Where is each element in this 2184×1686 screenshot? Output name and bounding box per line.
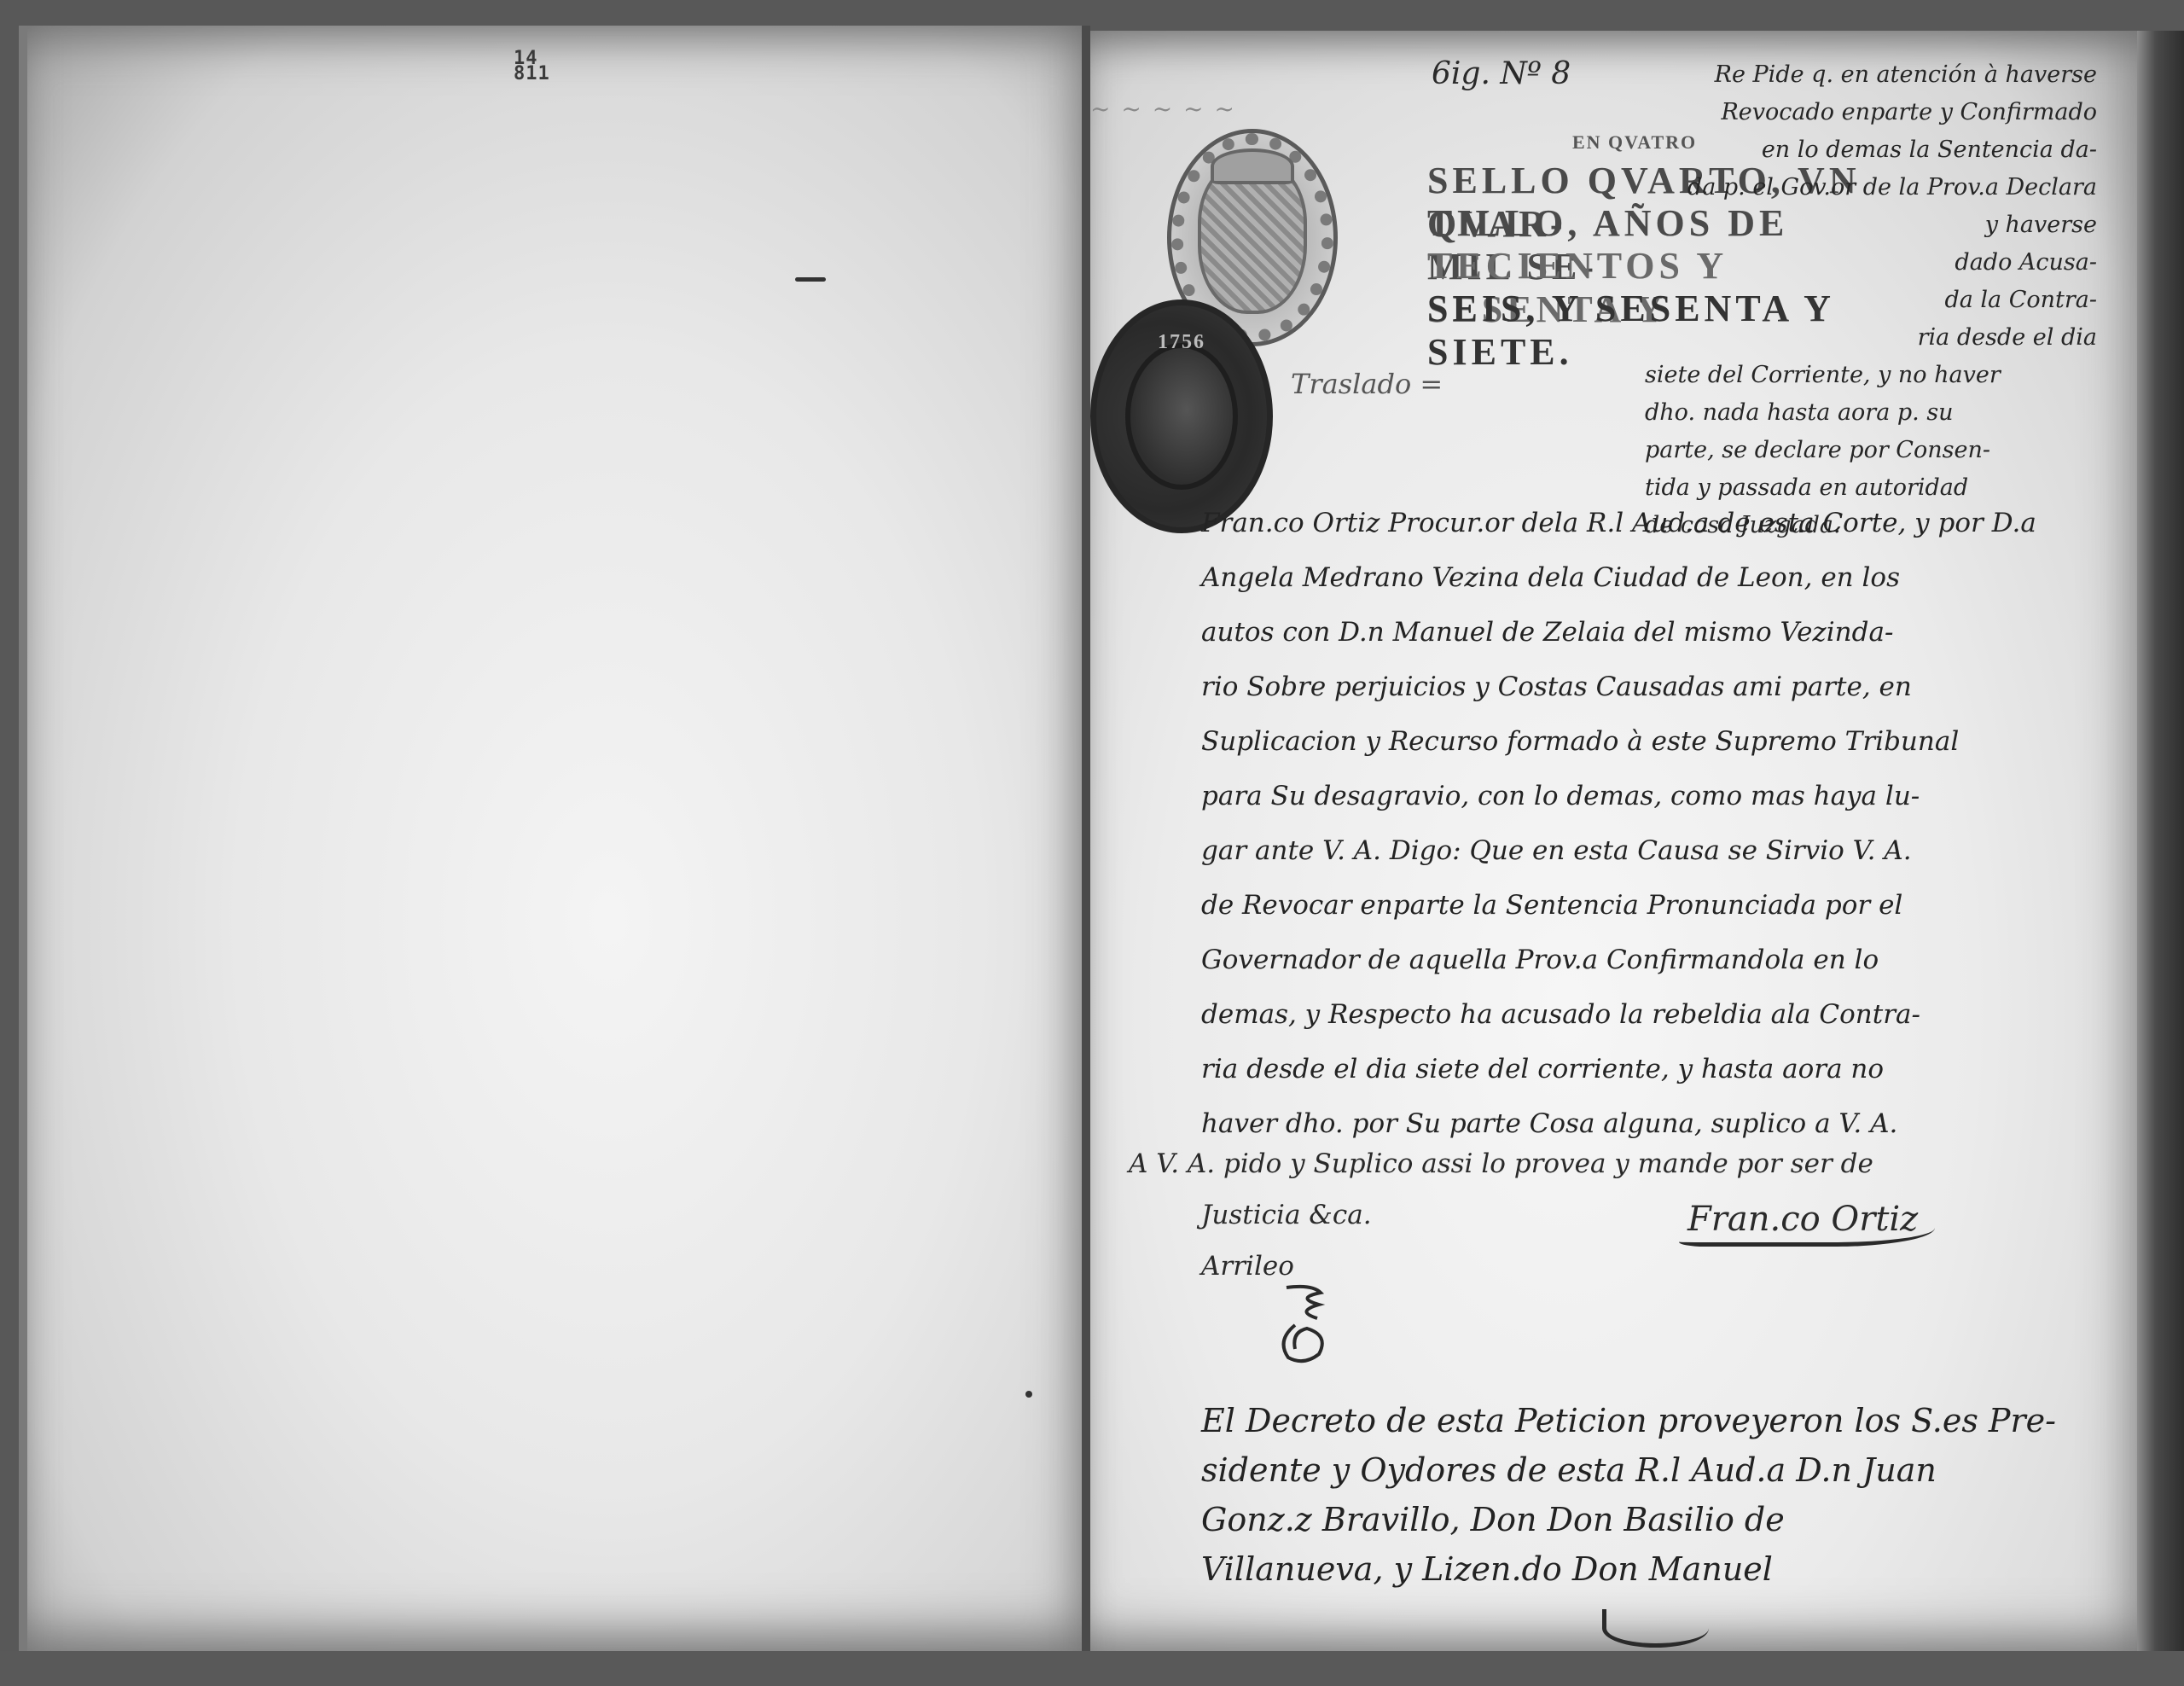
body-line: gar ante V. A. Digo: Que en esta Causa s… [1201,823,2131,878]
margin-line: dho. nada hasta aora p. su [1619,394,2097,432]
margin-decree: Re Pide q. en atención à haverse Revocad… [1619,56,2097,544]
decree-line: sidente y Oydores de esta R.l Aud.a D.n … [1201,1445,2131,1495]
body-line: Fran.co Ortiz Procur.or dela R.l Aud.a d… [1201,496,2131,550]
scanner-bottom-edge [0,1651,2184,1686]
stamp-bust-icon [1125,343,1238,490]
decree-line: Gonz.z Bravillo, Don Don Basilio de [1201,1495,2131,1544]
body-line: Suplicacion y Recurso formado à este Sup… [1201,714,2131,769]
stamp-year: 1756 [1158,331,1205,354]
body-line: rio Sobre perjuicios y Costas Causadas a… [1201,660,2131,714]
closing-justicia: Justicia &ca. [1201,1200,1372,1230]
closing-abbreviation: Arrileo [1201,1251,1294,1282]
rubric-flourish-icon [1269,1281,1338,1366]
margin-line: siete del Corriente, y no haver [1619,357,2097,394]
margin-line: da la Contra- [1619,282,2097,319]
right-page-recto: ~ ~ ~ ~ ~ 6ig. Nº 8 EN QVATRO SELLO QVAR… [1090,31,2148,1660]
body-line: autos con D.n Manuel de Zelaia del mismo… [1201,605,2131,660]
header-notation: 6ig. Nº 8 [1432,56,1571,91]
body-line: ria desde el dia siete del corriente, y … [1201,1042,2131,1096]
margin-line: Re Pide q. en atención à haverse [1619,56,2097,94]
scanner-right-edge [2137,31,2184,1686]
margin-line: y haverse [1619,206,2097,244]
ink-dot [1025,1391,1032,1398]
margin-line: parte, se declare por Consen- [1619,432,2097,469]
decree-line: Villanueva, y Lizen.do Don Manuel [1201,1544,2131,1594]
body-line: demas, y Respecto ha acusado la rebeldia… [1201,987,2131,1042]
left-page-blank-verso: 14 811 [19,26,1085,1651]
traslado-note: Traslado = [1291,368,1443,400]
folio-mark: 14 811 [514,51,550,82]
decree-rubric-icon [1602,1609,1709,1648]
header-faint-text: ~ ~ ~ ~ ~ [1090,95,1236,123]
margin-line: en lo demas la Sentencia da- [1619,131,2097,169]
decree-line: El Decreto de esta Peticion proveyeron l… [1201,1396,2131,1445]
book-gutter [1082,26,1090,1655]
court-decree: El Decreto de esta Peticion proveyeron l… [1201,1396,2131,1594]
body-line: para Su desagravio, con lo demas, como m… [1201,769,2131,823]
crown-icon [1211,148,1294,184]
margin-line: da p. el Gov.or de la Prov.a Declara [1619,169,2097,206]
margin-line: dado Acusa- [1619,244,2097,282]
body-line: haver dho. por Su parte Cosa alguna, sup… [1201,1096,2131,1151]
signature: Fran.co Ortiz [1679,1200,1935,1247]
scan-background: 14 811 ~ ~ ~ ~ ~ 6ig. Nº 8 EN QVATRO SEL… [0,0,2184,1686]
body-line: Angela Medrano Vezina dela Ciudad de Leo… [1201,550,2131,605]
margin-line: ria desde el dia [1619,319,2097,357]
petition-body: Fran.co Ortiz Procur.or dela R.l Aud.a d… [1201,496,2131,1151]
body-line: de Revocar enparte la Sentencia Pronunci… [1201,878,2131,933]
margin-line: Revocado enparte y Confirmado [1619,94,2097,131]
closing-prayer: A V. A. pido y Suplico assi lo provea y … [1129,1148,1873,1179]
ink-blot [795,277,826,282]
body-line: Governador de aquella Prov.a Confirmando… [1201,933,2131,987]
